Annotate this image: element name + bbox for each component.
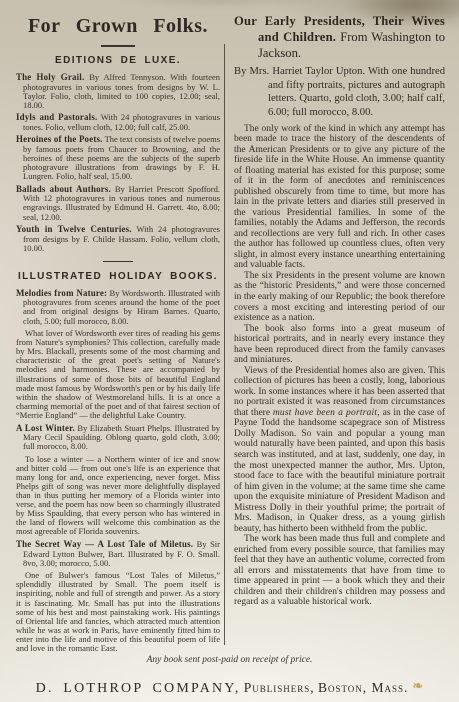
right-column: Our Early Presidents, Their Wives and Ch… <box>234 13 445 608</box>
paper-stain <box>120 0 320 8</box>
paragraph-text: The book also forms into a great museum … <box>234 324 445 366</box>
description-paragraph: The work has been made thus full and com… <box>234 534 445 608</box>
title-rule <box>101 45 135 47</box>
book-description: To lose a winter — a Northern winter of … <box>16 455 220 537</box>
description-paragraph: The six Presidents in the present volume… <box>234 271 445 324</box>
book-description: What lover of Wordsworth ever tires of r… <box>16 329 220 420</box>
publisher-name: D. LOTHROP COMPANY, <box>36 681 241 696</box>
page-title: For Grown Folks. <box>16 15 220 38</box>
catalog-page: For Grown Folks. EDITIONS DE LUXE. The H… <box>0 0 459 702</box>
paragraph-text: The six Presidents in the present volume… <box>234 271 445 323</box>
book-entry: The Holy Grail. By Alfred Tennyson. With… <box>16 73 220 110</box>
book-title: A Lost Winter. <box>16 423 75 433</box>
book-entry: Melodies from Nature: By Wordsworth. Ill… <box>16 289 220 326</box>
book-entry: Heroines of the Poets. The text consists… <box>16 135 220 181</box>
column-divider-rule <box>224 44 225 645</box>
printer-ornament-icon: ❧ <box>412 678 423 693</box>
book-entry: Idyls and Pastorals. With 24 photogravur… <box>16 113 220 132</box>
book-entry: Ballads about Authors. By Harriet Presco… <box>16 185 220 222</box>
book-description: One of Bulwer's famous “Lost Tales of Mi… <box>16 571 220 653</box>
description-paragraph: The only work of the kind in which any a… <box>234 124 445 271</box>
section-divider-rule <box>103 261 133 262</box>
book-title: The Holy Grail. <box>16 72 84 82</box>
book-title: Idyls and Pastorals. <box>16 112 97 122</box>
book-entry: Youth in Twelve Centuries. With 24 photo… <box>16 225 220 253</box>
book-title: The Secret Way — A Lost Tale of Miletus. <box>16 539 193 549</box>
description-paragraph: The book also forms into a great museum … <box>234 324 445 366</box>
page-footer: Any book sent post-paid on receipt of pr… <box>0 655 459 702</box>
featured-book-byline: By Mrs. Harriet Taylor Upton. With one h… <box>234 65 445 119</box>
left-column: For Grown Folks. EDITIONS DE LUXE. The H… <box>16 13 220 657</box>
book-title: Ballads about Authors. <box>16 184 111 194</box>
book-entry: A Lost Winter. By Elizabeth Stuart Phelp… <box>16 424 220 452</box>
paragraph-text: as in the case of Payne Todd the handsom… <box>234 408 445 534</box>
paragraph-text: The only work of the kind in which any a… <box>234 124 445 271</box>
book-entry: The Secret Way — A Lost Tale of Miletus.… <box>16 540 220 568</box>
paragraph-text: The work has been made thus full and com… <box>234 534 445 607</box>
book-title: Melodies from Nature: <box>16 288 107 298</box>
publisher-location: Boston, Mass. <box>318 680 408 695</box>
paragraph-emphasis: must have been a portrait, <box>273 408 380 418</box>
description-paragraph: Views of the Presidential homes also are… <box>234 366 445 535</box>
postage-note: Any book sent post-paid on receipt of pr… <box>0 655 459 665</box>
book-title: Heroines of the Poets. <box>16 134 103 144</box>
book-title: Youth in Twelve Centuries. <box>16 224 132 234</box>
section-heading-illustrated-holiday-books: ILLUSTRATED HOLIDAY BOOKS. <box>16 271 220 282</box>
section-heading-editions-de-luxe: EDITIONS DE LUXE. <box>16 55 220 66</box>
publisher-role: Publishers, <box>244 680 315 695</box>
featured-book-heading: Our Early Presidents, Their Wives and Ch… <box>234 13 445 61</box>
publisher-line: D. LOTHROP COMPANY, Publishers, Boston, … <box>0 678 459 697</box>
